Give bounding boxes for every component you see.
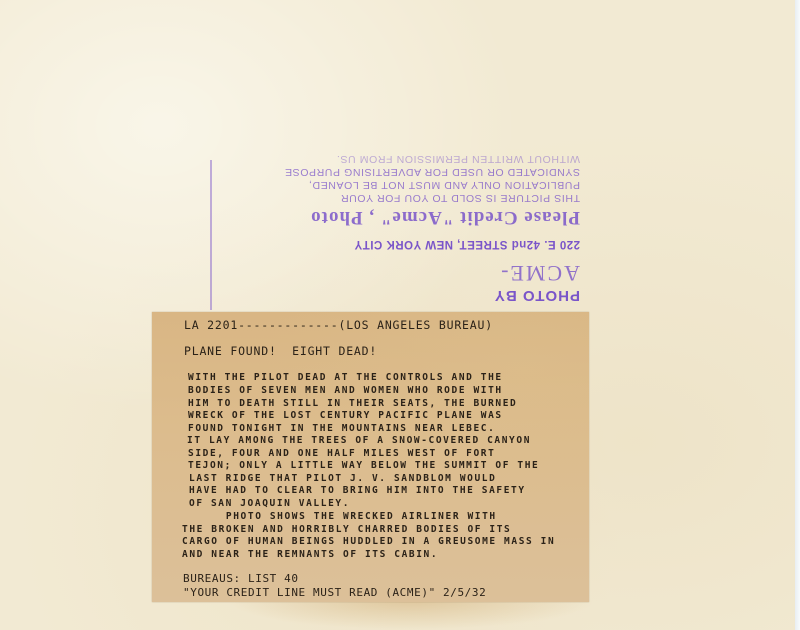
- stamp-credit: Please Credit "Acme" , Photo: [310, 206, 580, 228]
- caption-headline: PLANE FOUND! EIGHT DEAD!: [184, 344, 377, 358]
- caption-body-line: WRECK OF THE LOST CENTURY PACIFIC PLANE …: [188, 410, 503, 421]
- news-caption-clipping: LA 2201-------------(LOS ANGELES BUREAU)…: [152, 312, 589, 602]
- glue-stain: [225, 600, 595, 630]
- caption-body-line: LAST RIDGE THAT PILOT J. V. SANDBLOM WOU…: [189, 473, 496, 484]
- caption-body-line: AND NEAR THE REMNANTS OF ITS CABIN.: [182, 549, 438, 560]
- caption-body-line: TEJON; ONLY A LITTLE WAY BELOW THE SUMMI…: [188, 460, 539, 471]
- caption-body-line: HAVE HAD TO CLEAR TO BRING HIM INTO THE …: [189, 485, 526, 496]
- caption-body-line: BODIES OF SEVEN MEN AND WOMEN WHO RODE W…: [188, 385, 503, 396]
- stamp-agency: ACME-: [499, 260, 580, 286]
- caption-credit-line: "YOUR CREDIT LINE MUST READ (ACME)" 2/5/…: [183, 586, 486, 599]
- caption-body-line: THE BROKEN AND HORRIBLY CHARRED BODIES O…: [182, 524, 511, 535]
- caption-body-line: CARGO OF HUMAN BEINGS HUDDLED IN A GREUS…: [182, 536, 555, 547]
- caption-body-line: FOUND TONIGHT IN THE MOUNTAINS NEAR LEBE…: [188, 423, 495, 434]
- caption-body-line: HIM TO DEATH STILL IN THEIR SEATS, THE B…: [188, 398, 517, 409]
- stamp-address: 220 E. 42nd STREET, NEW YORK CITY: [354, 238, 580, 250]
- stamp-notice-line: PUBLICATION ONLY AND MUST NOT BE LOANED,: [308, 179, 580, 191]
- stamp-notice-line: WITHOUT WRITTEN PERMISSION FROM US.: [336, 153, 580, 165]
- caption-body-line: IT LAY AMONG THE TREES OF A SNOW-COVERED…: [187, 435, 531, 446]
- caption-body-line: SIDE, FOUR AND ONE HALF MILES WEST OF FO…: [188, 448, 495, 459]
- caption-header: LA 2201-------------(LOS ANGELES BUREAU): [184, 318, 493, 332]
- stamp-notice-line: SYNDICATED OR USED FOR ADVERTISING PURPO…: [284, 166, 580, 178]
- stamp-notice-line: THIS PICTURE IS SOLD TO YOU FOR YOUR: [340, 192, 580, 204]
- caption-bureaus: BUREAUS: LIST 40: [183, 572, 299, 585]
- scan-edge: [795, 0, 800, 630]
- stamp-bracket: [210, 160, 222, 310]
- acme-stamp: PHOTO BY ACME- 220 E. 42nd STREET, NEW Y…: [210, 160, 590, 310]
- caption-body-line: WITH THE PILOT DEAD AT THE CONTROLS AND …: [188, 372, 503, 383]
- stamp-photo-by: PHOTO BY: [494, 287, 580, 304]
- caption-body-line: PHOTO SHOWS THE WRECKED AIRLINER WITH: [182, 511, 497, 522]
- caption-body-line: OF SAN JOAQUIN VALLEY.: [189, 498, 350, 509]
